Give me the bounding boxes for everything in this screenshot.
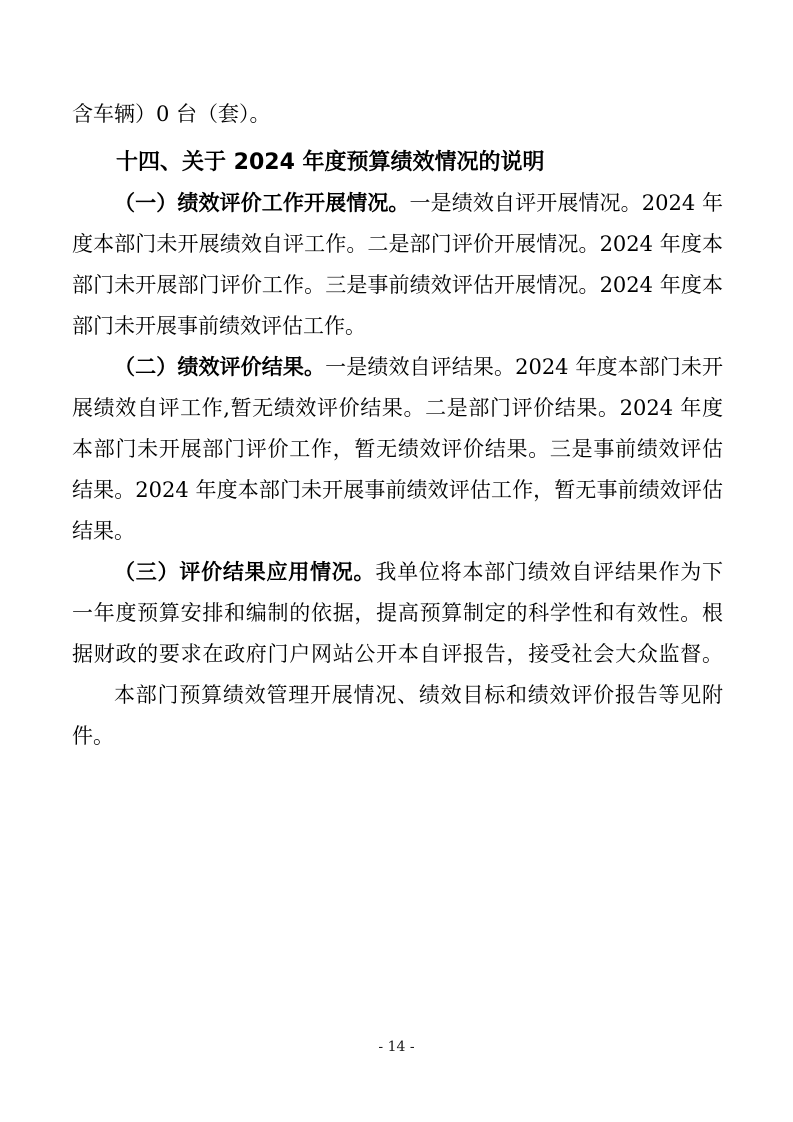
- body-text: 本部门预算绩效管理开展情况、绩效目标和绩效评价报告等见附: [114, 683, 723, 707]
- body-text: 一年度预算安排和编制的依据，提高预算制定的科学性和有效性。根: [72, 601, 723, 625]
- bold-lead-text: （二）绩效评价结果。: [114, 355, 325, 379]
- text-line: 部门未开展事前绩效评估工作。: [72, 306, 723, 347]
- body-text: 本部门未开展部门评价工作，暂无绩效评价结果。三是事前绩效评估: [72, 437, 723, 461]
- text-line: 结果。: [72, 511, 723, 552]
- text-line: 件。: [72, 716, 723, 757]
- body-text: 部门未开展部门评价工作。三是事前绩效评估开展情况。2024 年度本: [72, 273, 723, 297]
- body-text: 一是绩效自评开展情况。2024 年: [410, 191, 723, 215]
- section-heading: 十四、关于 2024 年度预算绩效情况的说明: [72, 142, 723, 183]
- body-text: 据财政的要求在政府门户网站公开本自评报告，接受社会大众监督。: [72, 642, 723, 666]
- text-line: 一年度预算安排和编制的依据，提高预算制定的科学性和有效性。根: [72, 593, 723, 634]
- text-line: 十四、关于 2024 年度预算绩效情况的说明: [72, 142, 723, 183]
- document-content: 含车辆）0 台（套）。十四、关于 2024 年度预算绩效情况的说明（一）绩效评价…: [72, 94, 723, 757]
- body-text: 部门未开展事前绩效评估工作。: [72, 314, 366, 338]
- text-line: 部门未开展部门评价工作。三是事前绩效评估开展情况。2024 年度本: [72, 265, 723, 306]
- text-line: 本部门预算绩效管理开展情况、绩效目标和绩效评价报告等见附: [72, 675, 723, 716]
- body-text: 结果。: [72, 519, 135, 543]
- text-line: 展绩效自评工作,暂无绩效评价结果。二是部门评价结果。2024 年度: [72, 388, 723, 429]
- text-line: （二）绩效评价结果。一是绩效自评结果。2024 年度本部门未开: [72, 347, 723, 388]
- paragraph: （三）评价结果应用情况。我单位将本部门绩效自评结果作为下一年度预算安排和编制的依…: [72, 552, 723, 675]
- bold-lead-text: （一）绩效评价工作开展情况。: [114, 191, 410, 215]
- body-text: 一是绩效自评结果。2024 年度本部门未开: [325, 355, 723, 379]
- paragraph: （一）绩效评价工作开展情况。一是绩效自评开展情况。2024 年度本部门未开展绩效…: [72, 183, 723, 347]
- body-text: 含车辆）0 台（套）。: [72, 102, 271, 126]
- body-text: 展绩效自评工作,暂无绩效评价结果。二是部门评价结果。2024 年度: [72, 396, 723, 420]
- text-line: 据财政的要求在政府门户网站公开本自评报告，接受社会大众监督。: [72, 634, 723, 675]
- body-text: 结果。2024 年度本部门未开展事前绩效评估工作，暂无事前绩效评估: [72, 478, 723, 502]
- paragraph: 含车辆）0 台（套）。: [72, 94, 723, 135]
- body-text: 我单位将本部门绩效自评结果作为下: [375, 560, 723, 584]
- page-number: - 14 -: [378, 1039, 414, 1055]
- heading-text: 十四、关于 2024 年度预算绩效情况的说明: [116, 150, 545, 175]
- body-text: 件。: [72, 724, 114, 748]
- document-page: 含车辆）0 台（套）。十四、关于 2024 年度预算绩效情况的说明（一）绩效评价…: [0, 0, 793, 1122]
- bold-lead-text: （三）评价结果应用情况。: [114, 560, 375, 584]
- text-line: 结果。2024 年度本部门未开展事前绩效评估工作，暂无事前绩效评估: [72, 470, 723, 511]
- body-text: 度本部门未开展绩效自评工作。二是部门评价开展情况。2024 年度本: [72, 232, 723, 256]
- text-line: （一）绩效评价工作开展情况。一是绩效自评开展情况。2024 年: [72, 183, 723, 224]
- text-line: 度本部门未开展绩效自评工作。二是部门评价开展情况。2024 年度本: [72, 224, 723, 265]
- paragraph: （二）绩效评价结果。一是绩效自评结果。2024 年度本部门未开展绩效自评工作,暂…: [72, 347, 723, 552]
- text-line: 本部门未开展部门评价工作，暂无绩效评价结果。三是事前绩效评估: [72, 429, 723, 470]
- page-footer: - 14 -: [0, 1036, 793, 1058]
- paragraph: 本部门预算绩效管理开展情况、绩效目标和绩效评价报告等见附件。: [72, 675, 723, 757]
- text-line: （三）评价结果应用情况。我单位将本部门绩效自评结果作为下: [72, 552, 723, 593]
- text-line: 含车辆）0 台（套）。: [72, 94, 723, 135]
